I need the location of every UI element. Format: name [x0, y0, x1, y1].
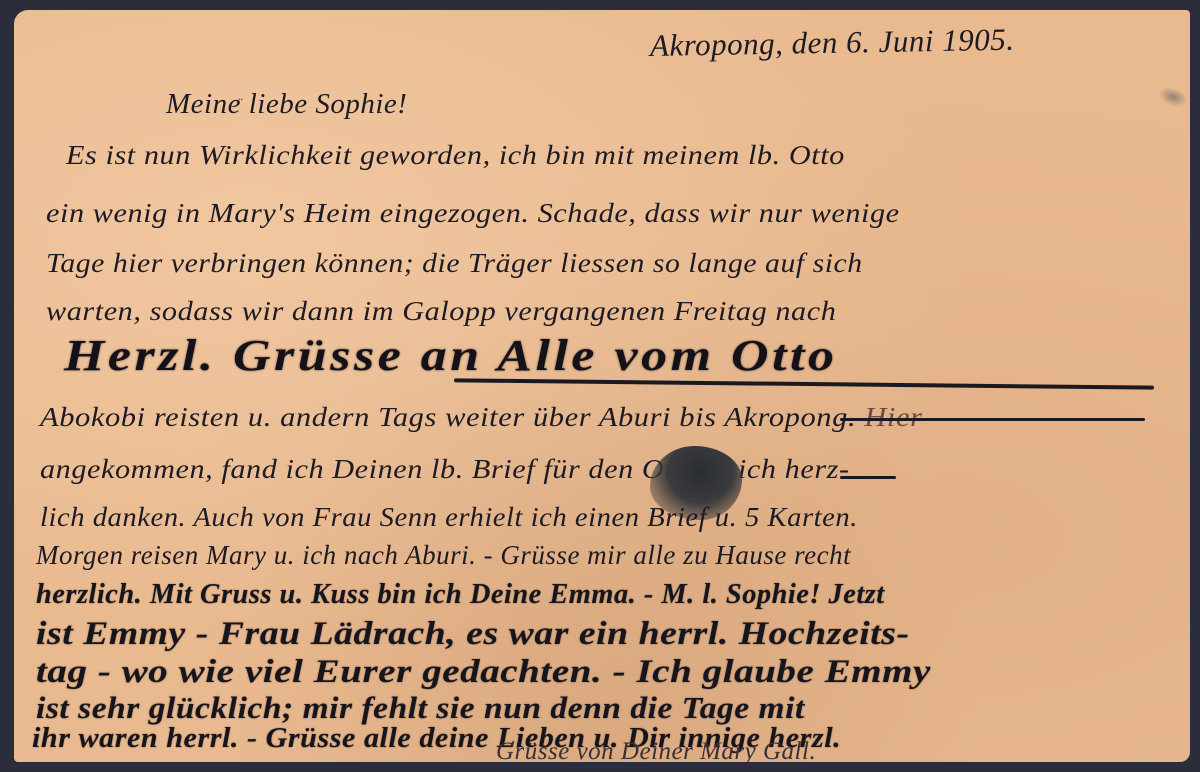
letter-line-1: Es ist nun Wirklichkeit geworden, ich bi…: [66, 140, 845, 171]
letter-line-8: Morgen reisen Mary u. ich nach Aburi. - …: [36, 540, 851, 571]
postcard: Akropong, den 6. Juni 1905. •• Meine lie…: [14, 10, 1190, 762]
overwritten-greeting: Herzl. Grüsse an Alle vom Otto: [64, 330, 838, 381]
letter-line-2: ein wenig in Mary's Heim eingezogen. Sch…: [46, 198, 900, 229]
inserted-word: Hier: [864, 402, 922, 432]
signature-line: Grüsse von Deiner Mary Gall.: [496, 738, 816, 762]
letter-line-3: Tage hier verbringen können; die Träger …: [46, 248, 863, 279]
salutation: Meine liebe Sophie!: [166, 88, 407, 121]
letter-line-4: warten, sodass wir dann im Galopp vergan…: [46, 296, 836, 327]
line-5-text: Abokobi reisten u. andern Tags weiter üb…: [40, 402, 856, 432]
strike-wie: [840, 476, 896, 479]
letter-line-5: Abokobi reisten u. andern Tags weiter üb…: [40, 402, 923, 433]
dateline: Akropong, den 6. Juni 1905.: [650, 22, 1015, 64]
letter-line-10: ist Emmy - Frau Lädrach, es war ein herr…: [36, 616, 910, 653]
letter-line-9: herzlich. Mit Gruss u. Kuss bin ich Dein…: [36, 578, 885, 611]
letter-line-7: lich danken. Auch von Frau Senn erhielt …: [40, 502, 858, 533]
letter-line-12: ist sehr glücklich; mir fehlt sie nun de…: [36, 690, 805, 726]
strike-bis-akropong: [840, 418, 1145, 421]
letter-line-11: tag - wo wie viel Eurer gedachten. - Ich…: [36, 654, 931, 691]
smudge: [1156, 83, 1190, 110]
